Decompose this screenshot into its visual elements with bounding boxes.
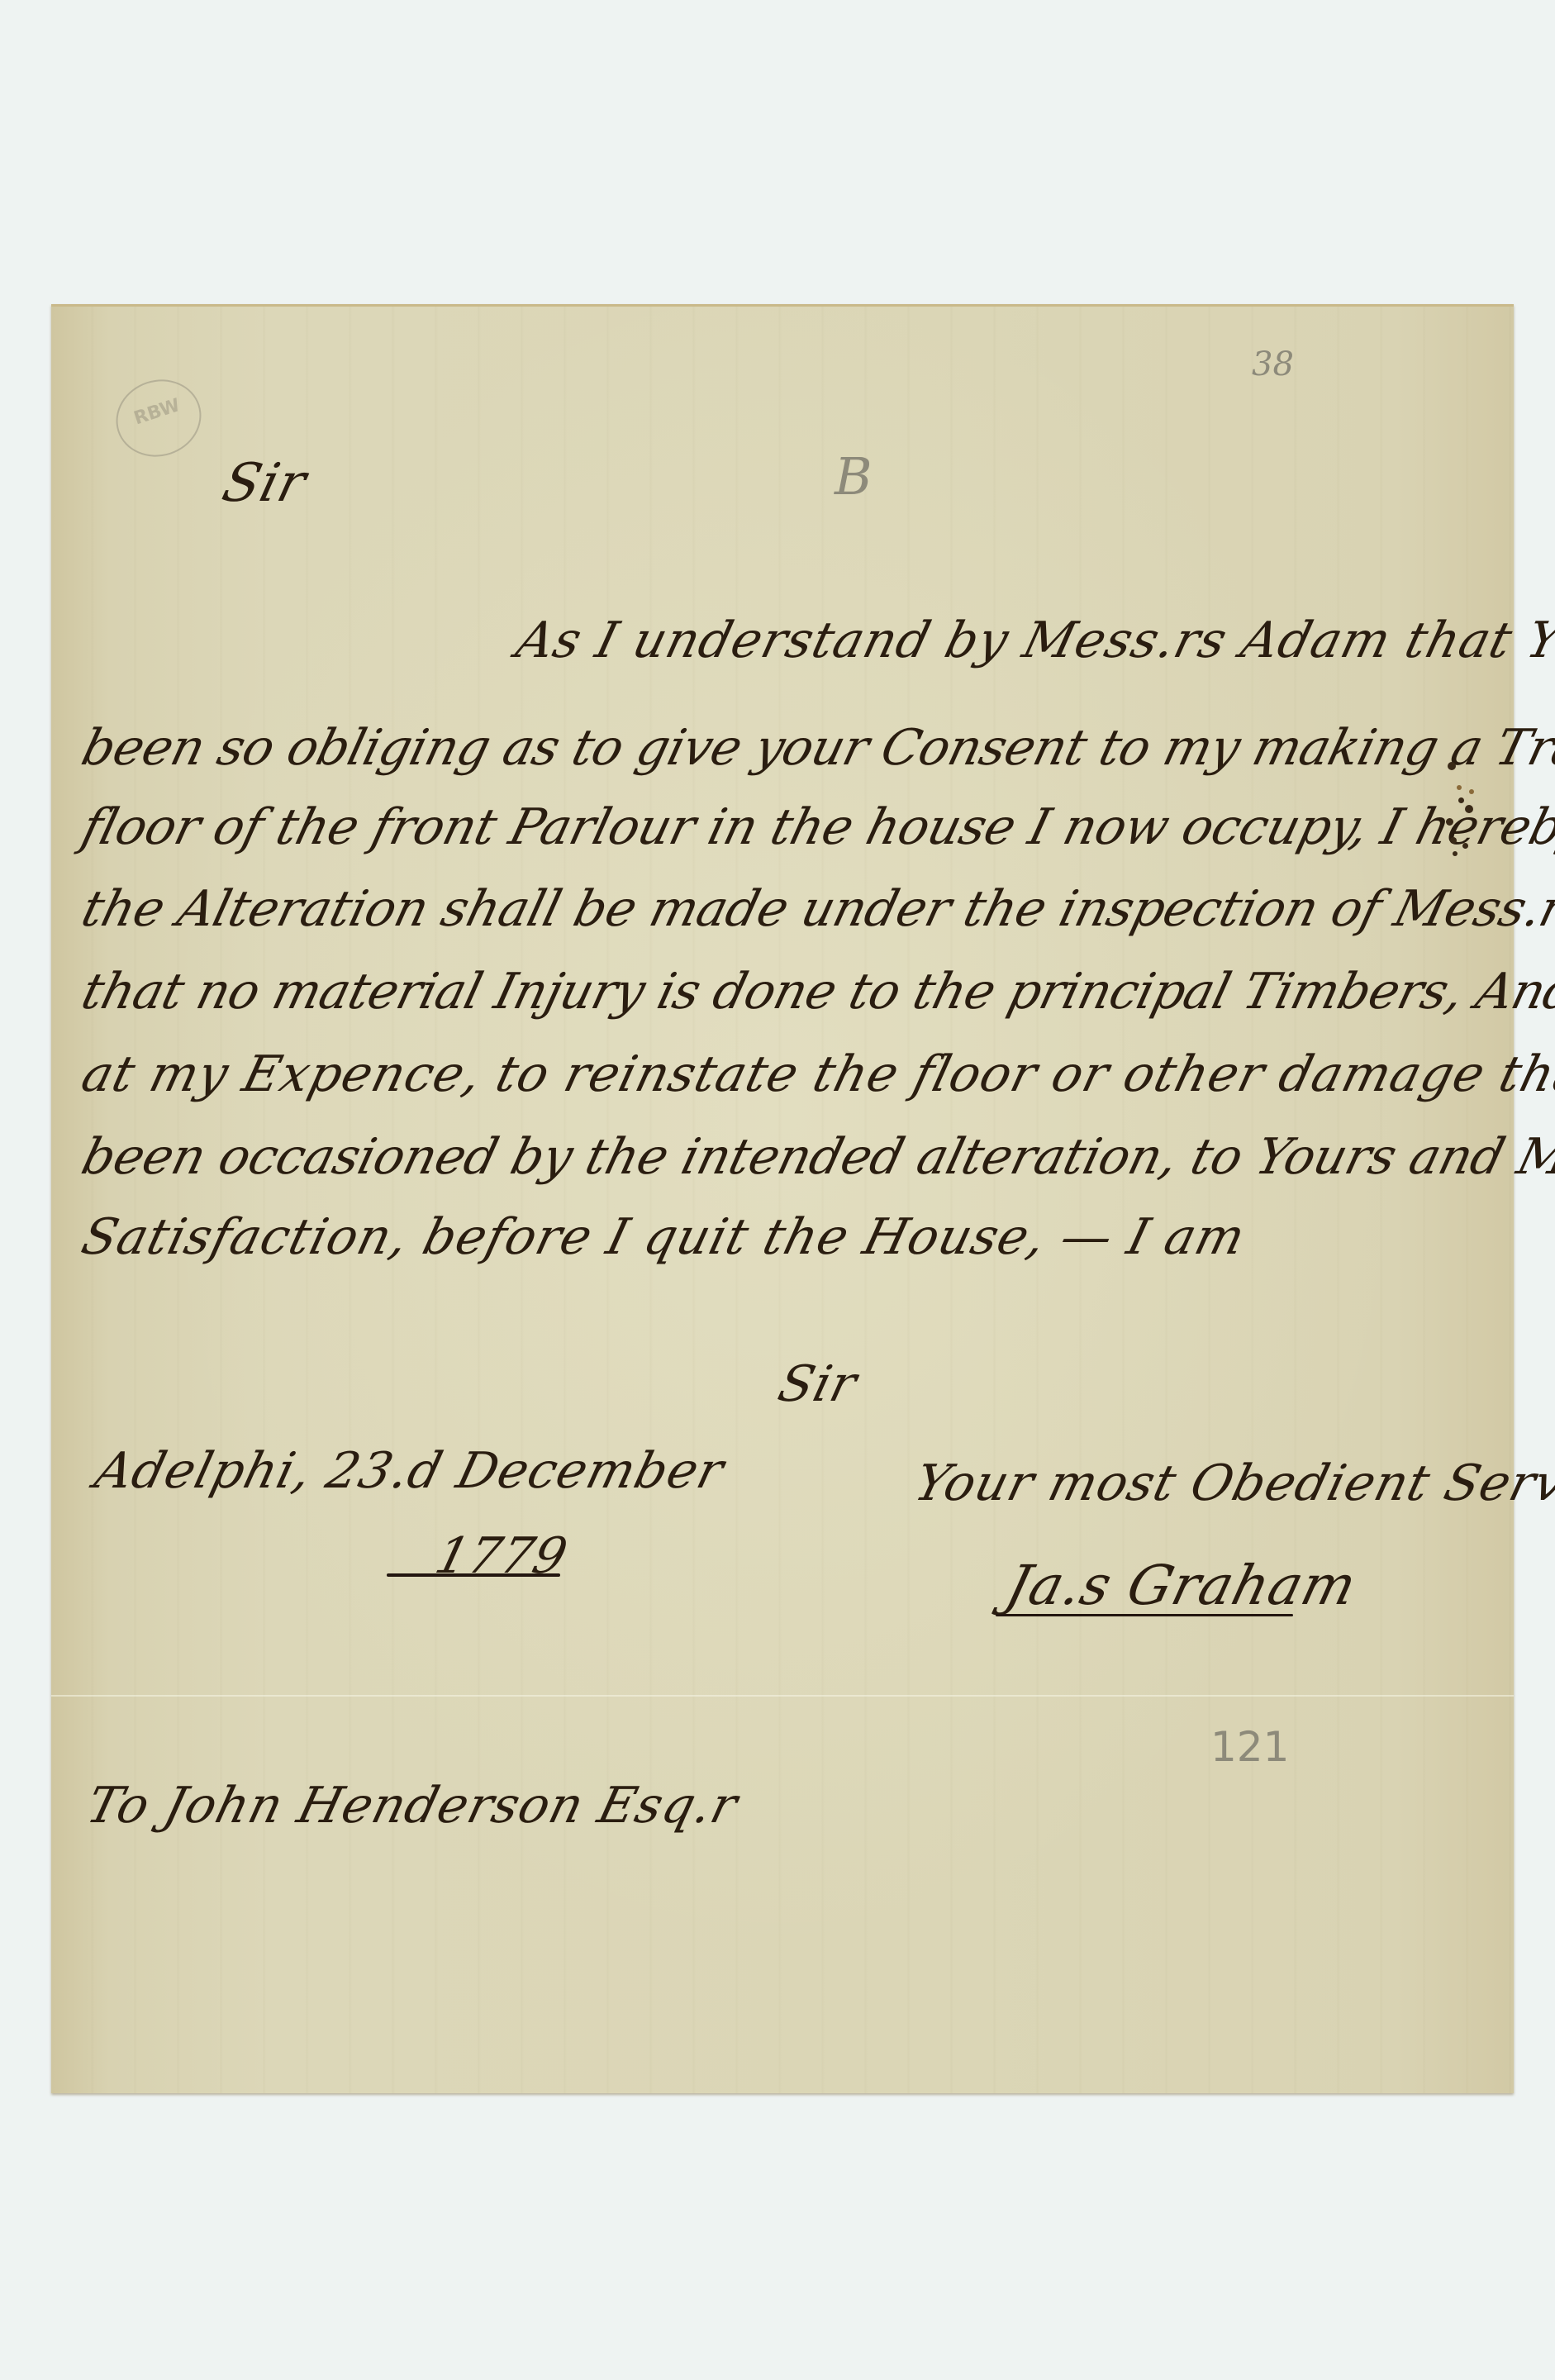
- signature: Ja.s Graham: [1000, 1554, 1363, 1617]
- body-line-1: As I understand by Mess.rs Adam that You…: [511, 612, 1555, 669]
- body-line-8: Satisfaction, before I quit the House, —…: [76, 1208, 1251, 1266]
- signature-underline: [996, 1614, 1293, 1616]
- closing-salutation: Sir: [773, 1355, 863, 1413]
- pencil-letter-mark: B: [835, 446, 873, 507]
- salutation: Sir: [216, 453, 312, 514]
- body-line-5: that no material Injury is done to the p…: [76, 963, 1555, 1021]
- body-line-3: floor of the front Parlour in the house …: [76, 798, 1555, 856]
- valediction: Your most Obedient Servant: [909, 1454, 1555, 1512]
- stamp-text: RBW: [131, 395, 183, 429]
- place-date: Adelphi, 23.d December: [89, 1442, 730, 1500]
- body-line-6: at my Expence, to reinstate the floor or…: [76, 1045, 1555, 1103]
- scan-stage: RBW 38 B Sir As I understand by Mess.rs …: [0, 0, 1555, 2380]
- item-number: 121: [1210, 1723, 1289, 1771]
- year-underline: [387, 1573, 560, 1577]
- addressee: To John Henderson Esq.r: [81, 1777, 744, 1835]
- body-line-4: the Alteration shall be made under the i…: [76, 880, 1555, 938]
- folio-number: 38: [1252, 345, 1294, 383]
- body-line-7: been occasioned by the intended alterati…: [76, 1128, 1555, 1186]
- body-line-2: been so obliging as to give your Consent…: [76, 719, 1555, 777]
